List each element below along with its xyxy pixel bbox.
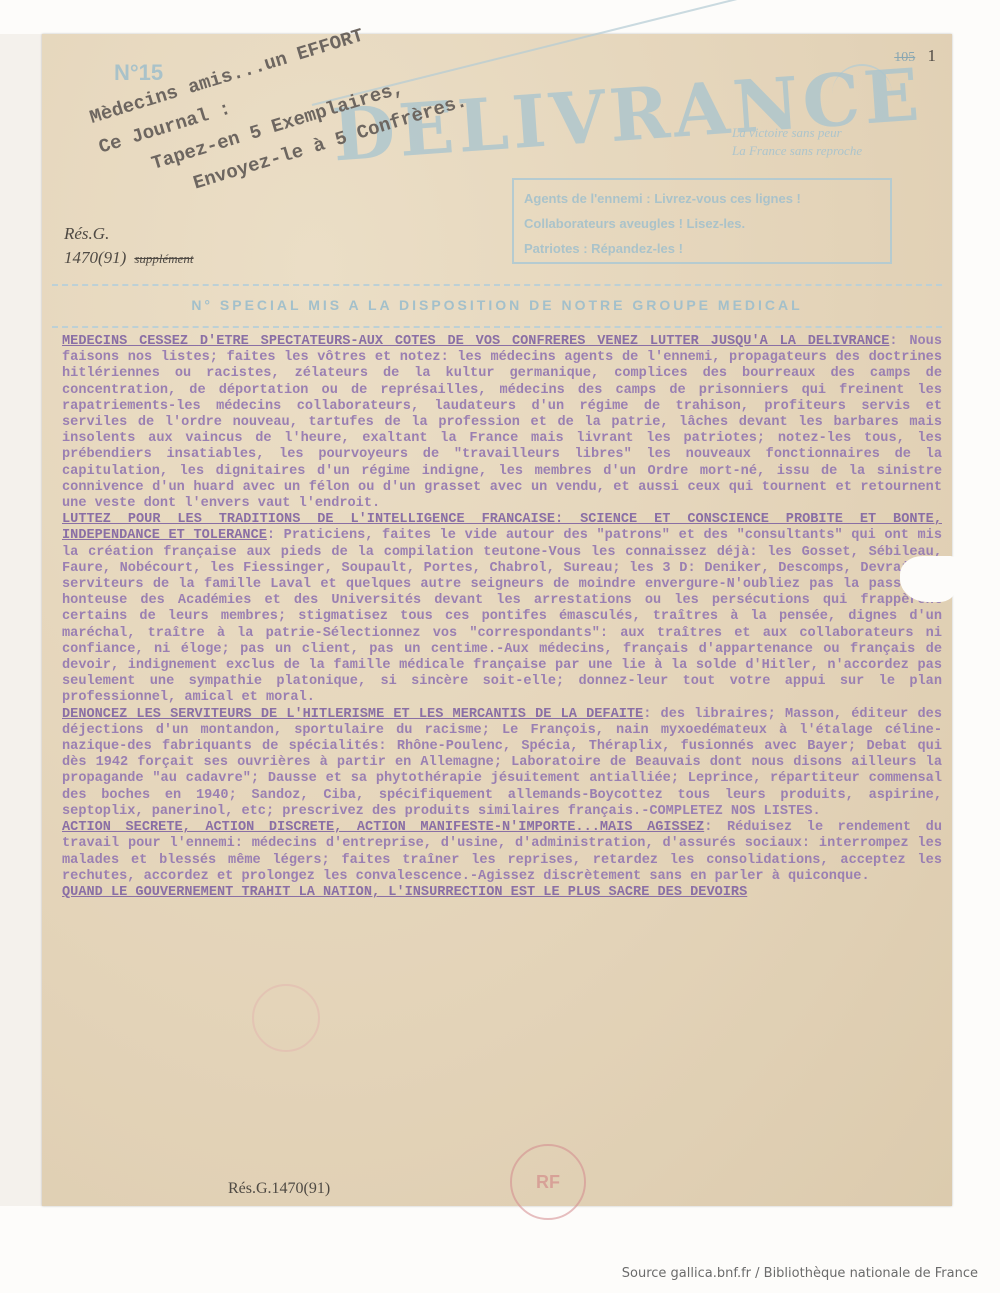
masthead-tagline: La victoire sans peur La France sans rep… xyxy=(732,124,862,160)
tagline-line: La France sans reproche xyxy=(732,142,862,160)
paragraph: LUTTEZ POUR LES TRADITIONS DE L'INTELLIG… xyxy=(62,512,942,706)
folio-current: 1 xyxy=(928,46,937,65)
page-gutter xyxy=(0,34,42,1206)
paragraph: QUAND LE GOUVERNEMENT TRAHIT LA NATION, … xyxy=(62,885,942,901)
document-page: N°15 DELIVRANCE La victoire sans peur La… xyxy=(42,34,952,1206)
slogan-line: Patriotes : Répandez-les ! xyxy=(524,236,880,261)
paragraph-heading: MEDECINS CESSEZ D'ETRE SPECTATEURS-AUX C… xyxy=(62,334,889,349)
paragraph: DENONCEZ LES SERVITEURS DE L'HITLERISME … xyxy=(62,707,942,820)
closing-slogan: QUAND LE GOUVERNEMENT TRAHIT LA NATION, … xyxy=(62,885,747,900)
tagline-line: La victoire sans peur xyxy=(732,124,862,142)
paragraph-text: : Praticiens, faites le vide autour des … xyxy=(62,528,942,705)
handwritten-ref-line: 1470(91) xyxy=(64,248,126,267)
special-issue-banner: N° SPECIAL MIS A LA DISPOSITION DE NOTRE… xyxy=(52,284,942,328)
paper-tear xyxy=(900,556,956,602)
paragraph-text: : Nous faisons nos listes; faites les vô… xyxy=(62,334,942,511)
library-stamp: RF xyxy=(510,1144,586,1220)
typed-stamp-overlay: Mèdecins amis...un EFFORT Ce Journal : T… xyxy=(86,0,471,223)
slogan-line: Collaborateurs aveugles ! Lisez-les. xyxy=(524,211,880,236)
slogan-box: Agents de l'ennemi : Livrez-vous ces lig… xyxy=(512,178,892,264)
folio-number: 105 1 xyxy=(894,46,936,66)
paragraph: ACTION SECRETE, ACTION DISCRETE, ACTION … xyxy=(62,820,942,885)
handwritten-reference-top: Rés.G. 1470(91)supplément xyxy=(64,222,194,271)
paragraph: MEDECINS CESSEZ D'ETRE SPECTATEURS-AUX C… xyxy=(62,334,942,512)
folio-crossed: 105 xyxy=(894,50,915,65)
faded-library-stamp xyxy=(252,984,320,1052)
slogan-line: Agents de l'ennemi : Livrez-vous ces lig… xyxy=(524,186,880,211)
paragraph-heading: ACTION SECRETE, ACTION DISCRETE, ACTION … xyxy=(62,820,704,835)
handwritten-struck-word: supplément xyxy=(134,251,193,266)
handwritten-reference-bottom: Rés.G.1470(91) xyxy=(228,1180,330,1198)
paragraph-text: : des libraires; Masson, éditeur des déj… xyxy=(62,707,942,819)
handwritten-ref-line: Rés.G. xyxy=(64,222,194,246)
paragraph-heading: DENONCEZ LES SERVITEURS DE L'HITLERISME … xyxy=(62,707,643,722)
source-credit: Source gallica.bnf.fr / Bibliothèque nat… xyxy=(622,1266,978,1281)
article-body: MEDECINS CESSEZ D'ETRE SPECTATEURS-AUX C… xyxy=(62,334,942,901)
